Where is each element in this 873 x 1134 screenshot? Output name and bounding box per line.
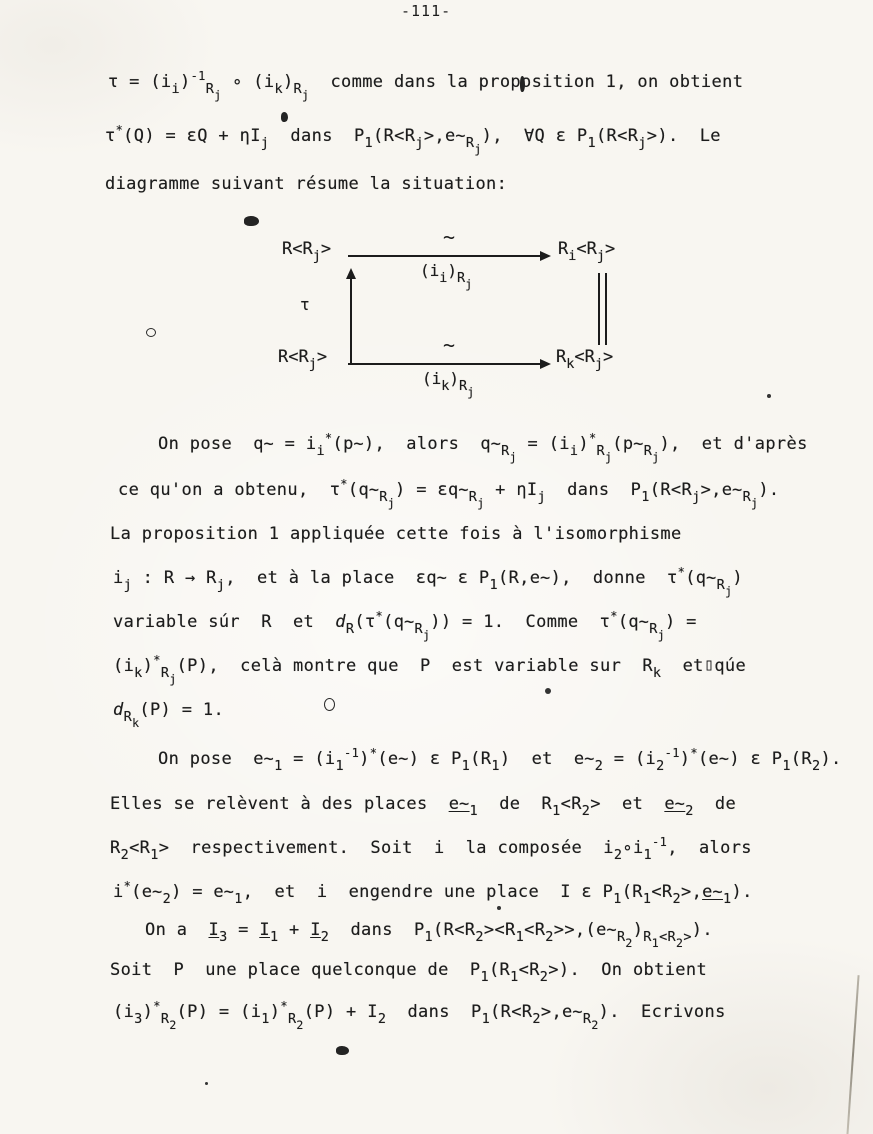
ink-speck <box>497 906 501 910</box>
diagram-bottom-arrow <box>348 363 548 365</box>
diagram-top-arrow-label: (ii)Rj <box>420 261 472 280</box>
diagram-bottom-tilde: ~ <box>443 333 455 357</box>
diagram-top-arrow <box>348 255 548 257</box>
ink-speck <box>545 688 551 694</box>
text-line-8: variable súr R et dR(τ*(q̴Rj)) = 1. Comm… <box>113 610 697 635</box>
text-line-13: R2<R1> respectivement. Soit i la composé… <box>110 836 752 861</box>
diagram-left-vertical-arrow <box>350 271 352 364</box>
ink-blob <box>336 1046 349 1055</box>
commutative-diagram: R<Rj> ~ (ii)Rj Ri<Rj> τ R<Rj> ~ (ik)Rj R… <box>230 225 660 410</box>
diagram-node-top-left: R<Rj> <box>282 239 331 259</box>
diagram-identity-double-line <box>598 273 607 345</box>
text-line-1: τ = (ii)-1Rj ∘ (ik)Rj comme dans la prop… <box>108 70 743 95</box>
text-line-16: Soit P une place quelconque de P1(R1<R2>… <box>110 958 707 983</box>
text-line-5: ce qu'on a obtenu, τ*(q̴Rj) = εq̴Rj + ηI… <box>118 478 780 503</box>
ink-speck <box>281 112 288 122</box>
stray-circle-mark <box>324 698 335 711</box>
text-line-6: La proposition 1 appliquée cette fois à … <box>110 522 682 546</box>
diagram-node-bottom-right: Rk<Rj> <box>556 347 613 367</box>
ink-speck <box>767 394 771 398</box>
diagram-node-bottom-left: R<Rj> <box>278 347 327 367</box>
text-line-7: ij : R → Rj, et à la place εq̴ ε P1(R,e̴… <box>113 566 743 591</box>
text-line-12: Elles se relèvent à des places e̴1 de R1… <box>110 792 736 817</box>
page-number: -111- <box>401 2 451 20</box>
ink-speck <box>205 1082 208 1085</box>
text-line-15: On a I3 = I1 + I2 dans P1(R<R2><R1<R2>>,… <box>145 918 713 943</box>
diagram-tau-label: τ <box>300 295 310 314</box>
text-line-10: dRk(P) = 1. <box>113 698 224 723</box>
qed-box: ▯ <box>704 655 714 675</box>
text-line-3: diagramme suivant résume la situation: <box>105 172 507 196</box>
ink-speck <box>520 76 525 92</box>
text-line-9: (ik)*Rj(P), celà montre que P est variab… <box>113 654 746 679</box>
text-line-11: On pose e̴1 = (i1-1)*(e̴) ε P1(R1) et e̴… <box>158 747 842 772</box>
ink-blob <box>244 216 259 226</box>
text-line-2: τ*(Q) = εQ + ηIj dans P1(R<Rj>,e̴Rj), ∀Q… <box>105 124 721 149</box>
paper-crease <box>846 975 859 1134</box>
diagram-bottom-arrow-label: (ik)Rj <box>422 369 474 388</box>
stray-circle-mark <box>146 328 156 337</box>
diagram-top-tilde: ~ <box>443 225 455 249</box>
text-line-4: On pose q̴ = ii*(p̴), alors q̴Rj = (ii)*… <box>158 432 808 457</box>
text-line-17: (i3)*R2(P) = (i1)*R2(P) + I2 dans P1(R<R… <box>113 1000 726 1025</box>
diagram-node-top-right: Ri<Rj> <box>558 239 615 259</box>
scanned-document-page: -111- τ = (ii)-1Rj ∘ (ik)Rj comme dans l… <box>0 0 873 1134</box>
text-line-14: i*(e̴2) = e̴1, et i engendre une place I… <box>113 880 753 905</box>
